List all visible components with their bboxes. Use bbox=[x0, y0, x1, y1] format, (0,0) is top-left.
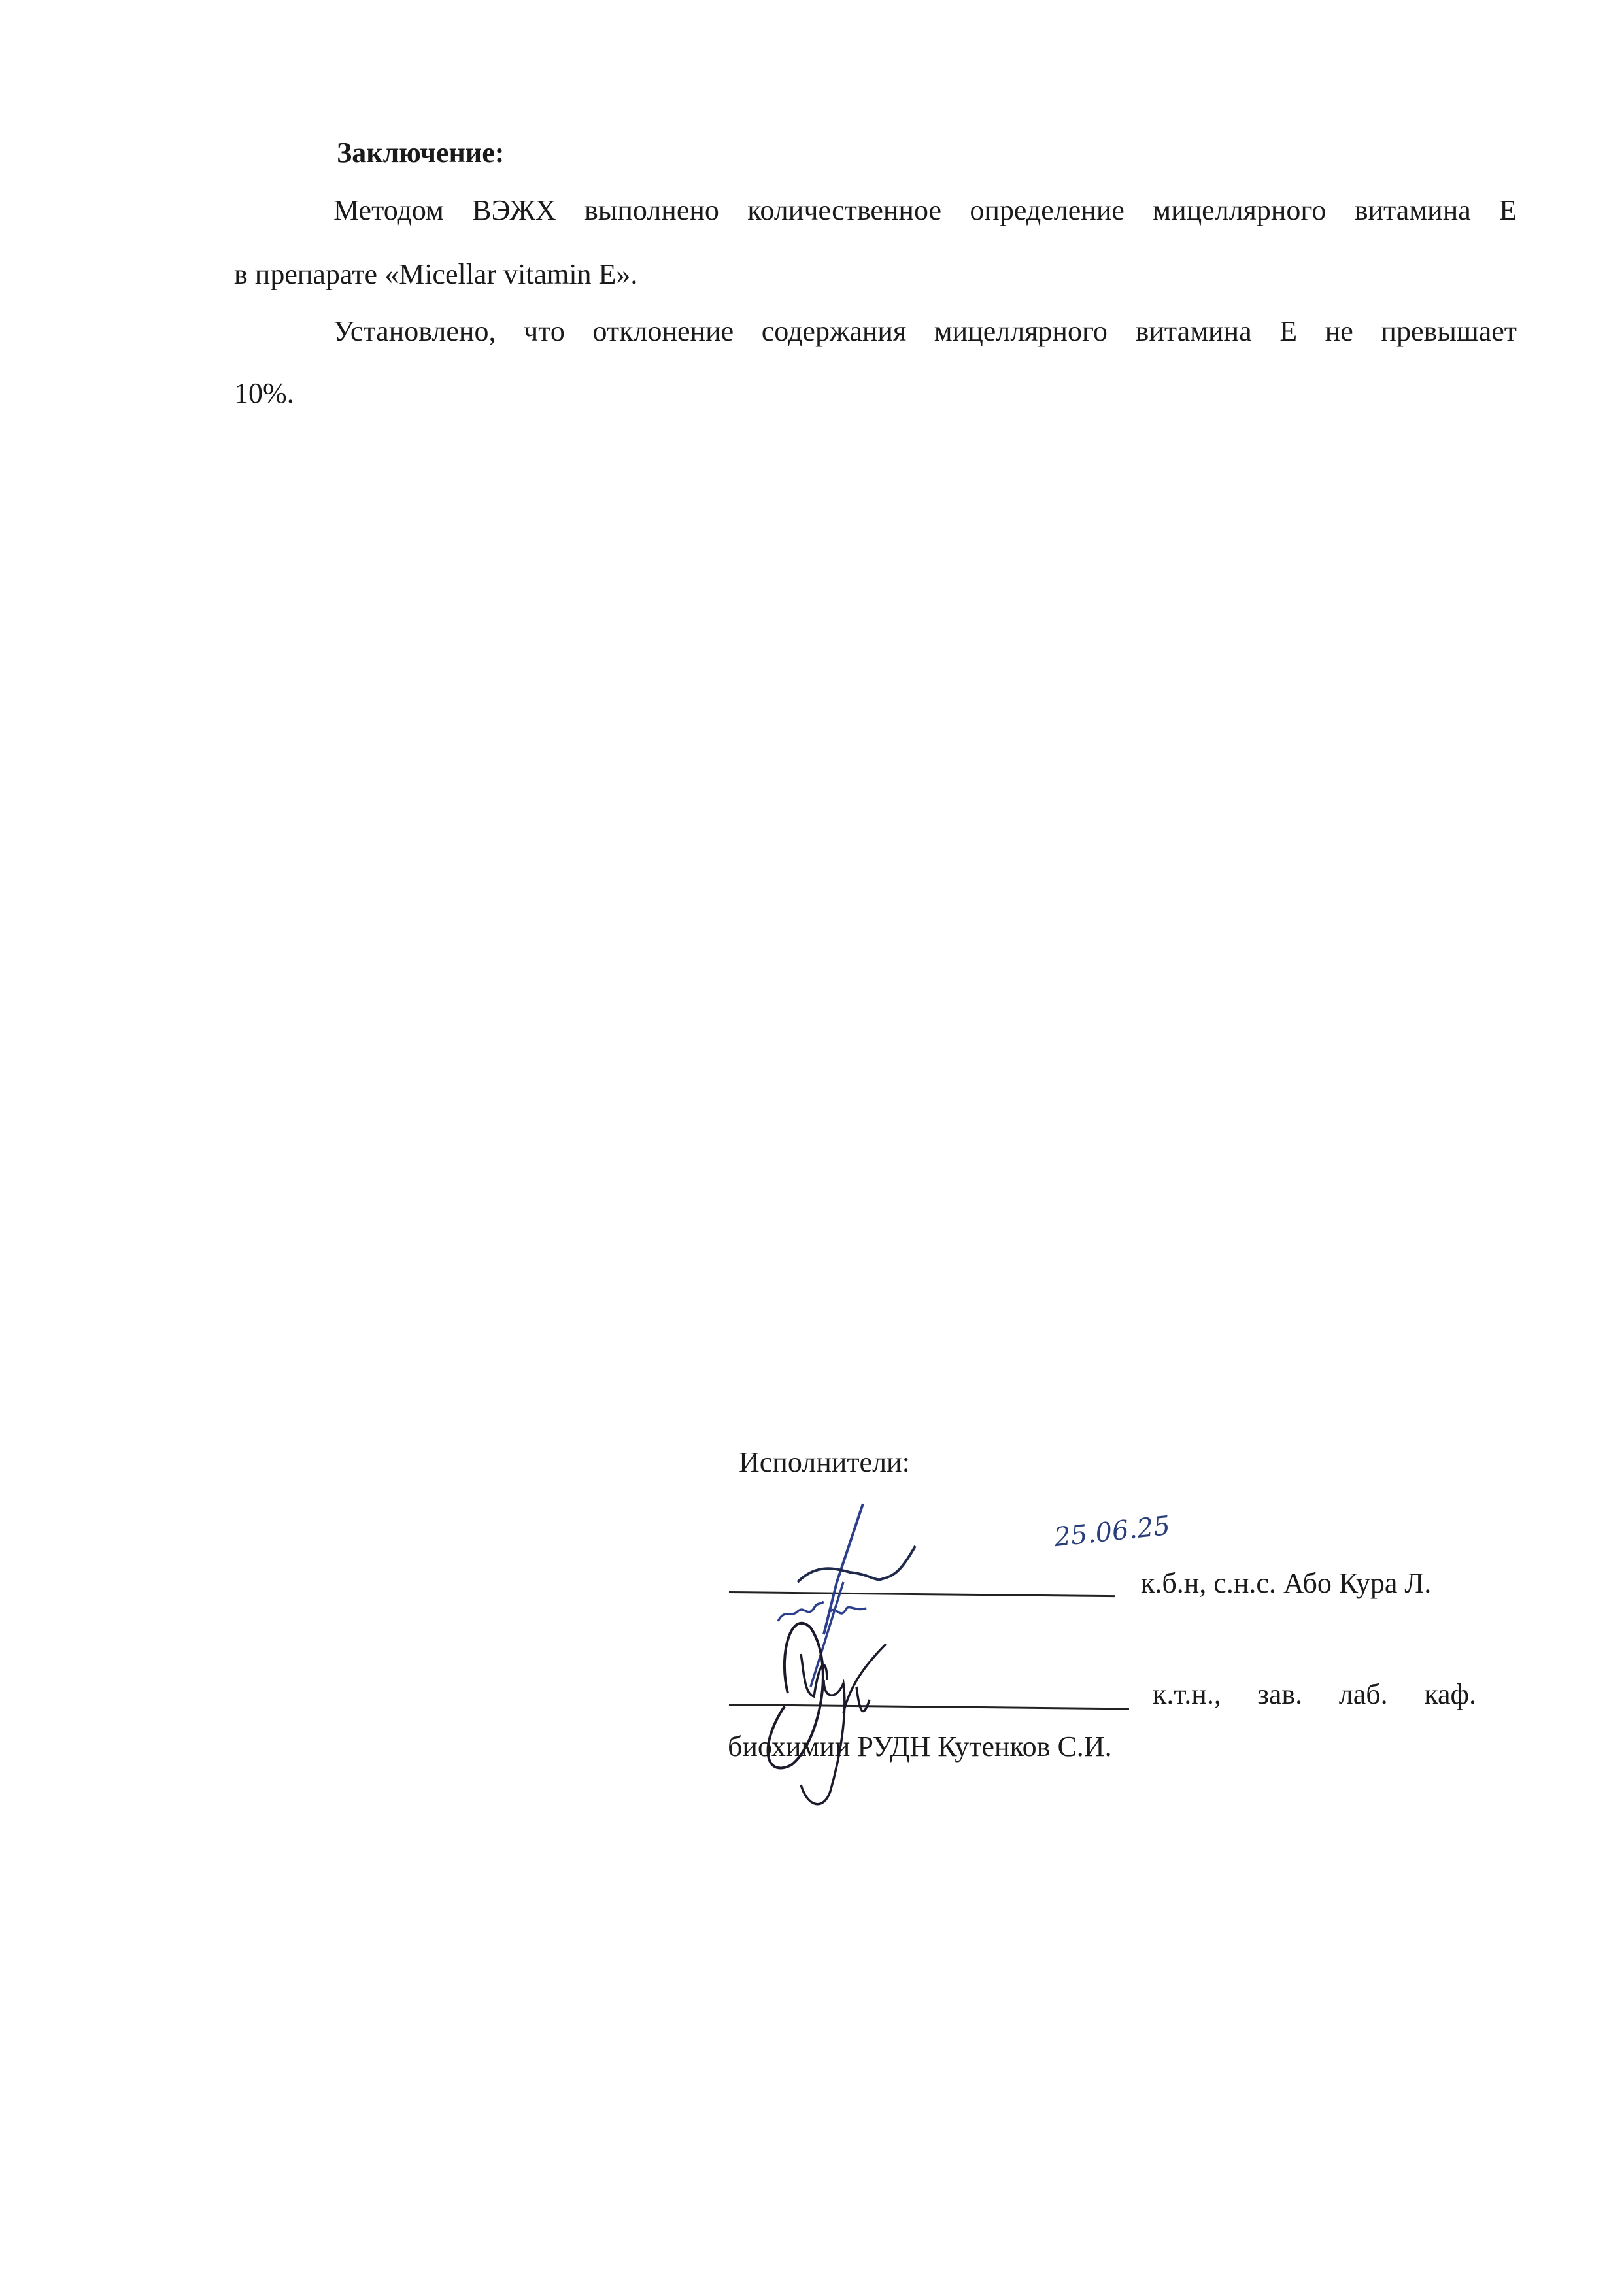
paragraph-2-line-2: 10%. bbox=[234, 379, 294, 408]
signatory-1-name: к.б.н, с.н.с. Або Кура Л. bbox=[1141, 1569, 1431, 1598]
paragraph-2-line-1: Установлено, что отклонение содержания м… bbox=[333, 317, 1517, 346]
paragraph-1-line-2: в препарате «Micellar vitamin E». bbox=[234, 260, 637, 289]
paragraph-1-line-1: Методом ВЭЖХ выполнено количественное оп… bbox=[333, 196, 1517, 225]
executors-label: Исполнители: bbox=[739, 1448, 910, 1477]
handwritten-date: 25.06.25 bbox=[1053, 1511, 1172, 1553]
signatory-2-title: к.т.н., зав. лаб. каф. bbox=[1153, 1680, 1476, 1709]
signatory-2-name: биохимии РУДН Кутенков С.И. bbox=[728, 1732, 1112, 1761]
conclusion-heading: Заключение: bbox=[337, 139, 504, 167]
signature-2-icon bbox=[739, 1615, 1013, 1811]
